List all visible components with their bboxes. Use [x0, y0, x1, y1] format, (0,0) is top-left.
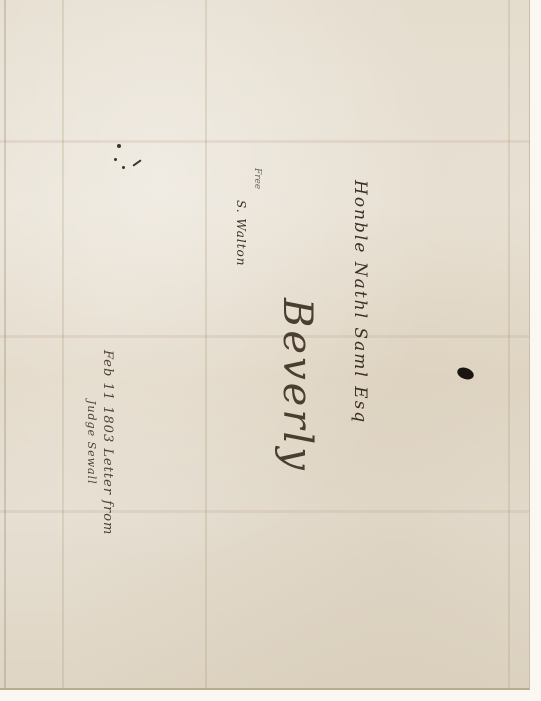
fold-line	[0, 510, 529, 513]
fold-line	[508, 0, 510, 688]
ink-specks-icon	[112, 140, 152, 180]
endorsement-author: Judge Sewall	[85, 400, 98, 485]
endorsement-date: Feb 11 1803 Letter from	[100, 350, 115, 535]
fold-line	[0, 335, 529, 338]
fold-line	[0, 140, 529, 143]
fold-line	[62, 0, 64, 688]
address-recipient: Honble Nathl Saml Esq	[350, 180, 370, 424]
address-signature: S. Walton	[234, 200, 248, 266]
address-place: Beverly	[274, 298, 320, 473]
ink-blot-icon	[456, 365, 476, 381]
paper-left-edge	[4, 0, 6, 688]
paper-sheet: Honble Nathl Saml Esq Free S. Walton Bev…	[0, 0, 530, 690]
document-scan: Honble Nathl Saml Esq Free S. Walton Bev…	[0, 0, 541, 701]
address-frank: Free	[252, 168, 262, 189]
fold-line	[205, 0, 207, 688]
